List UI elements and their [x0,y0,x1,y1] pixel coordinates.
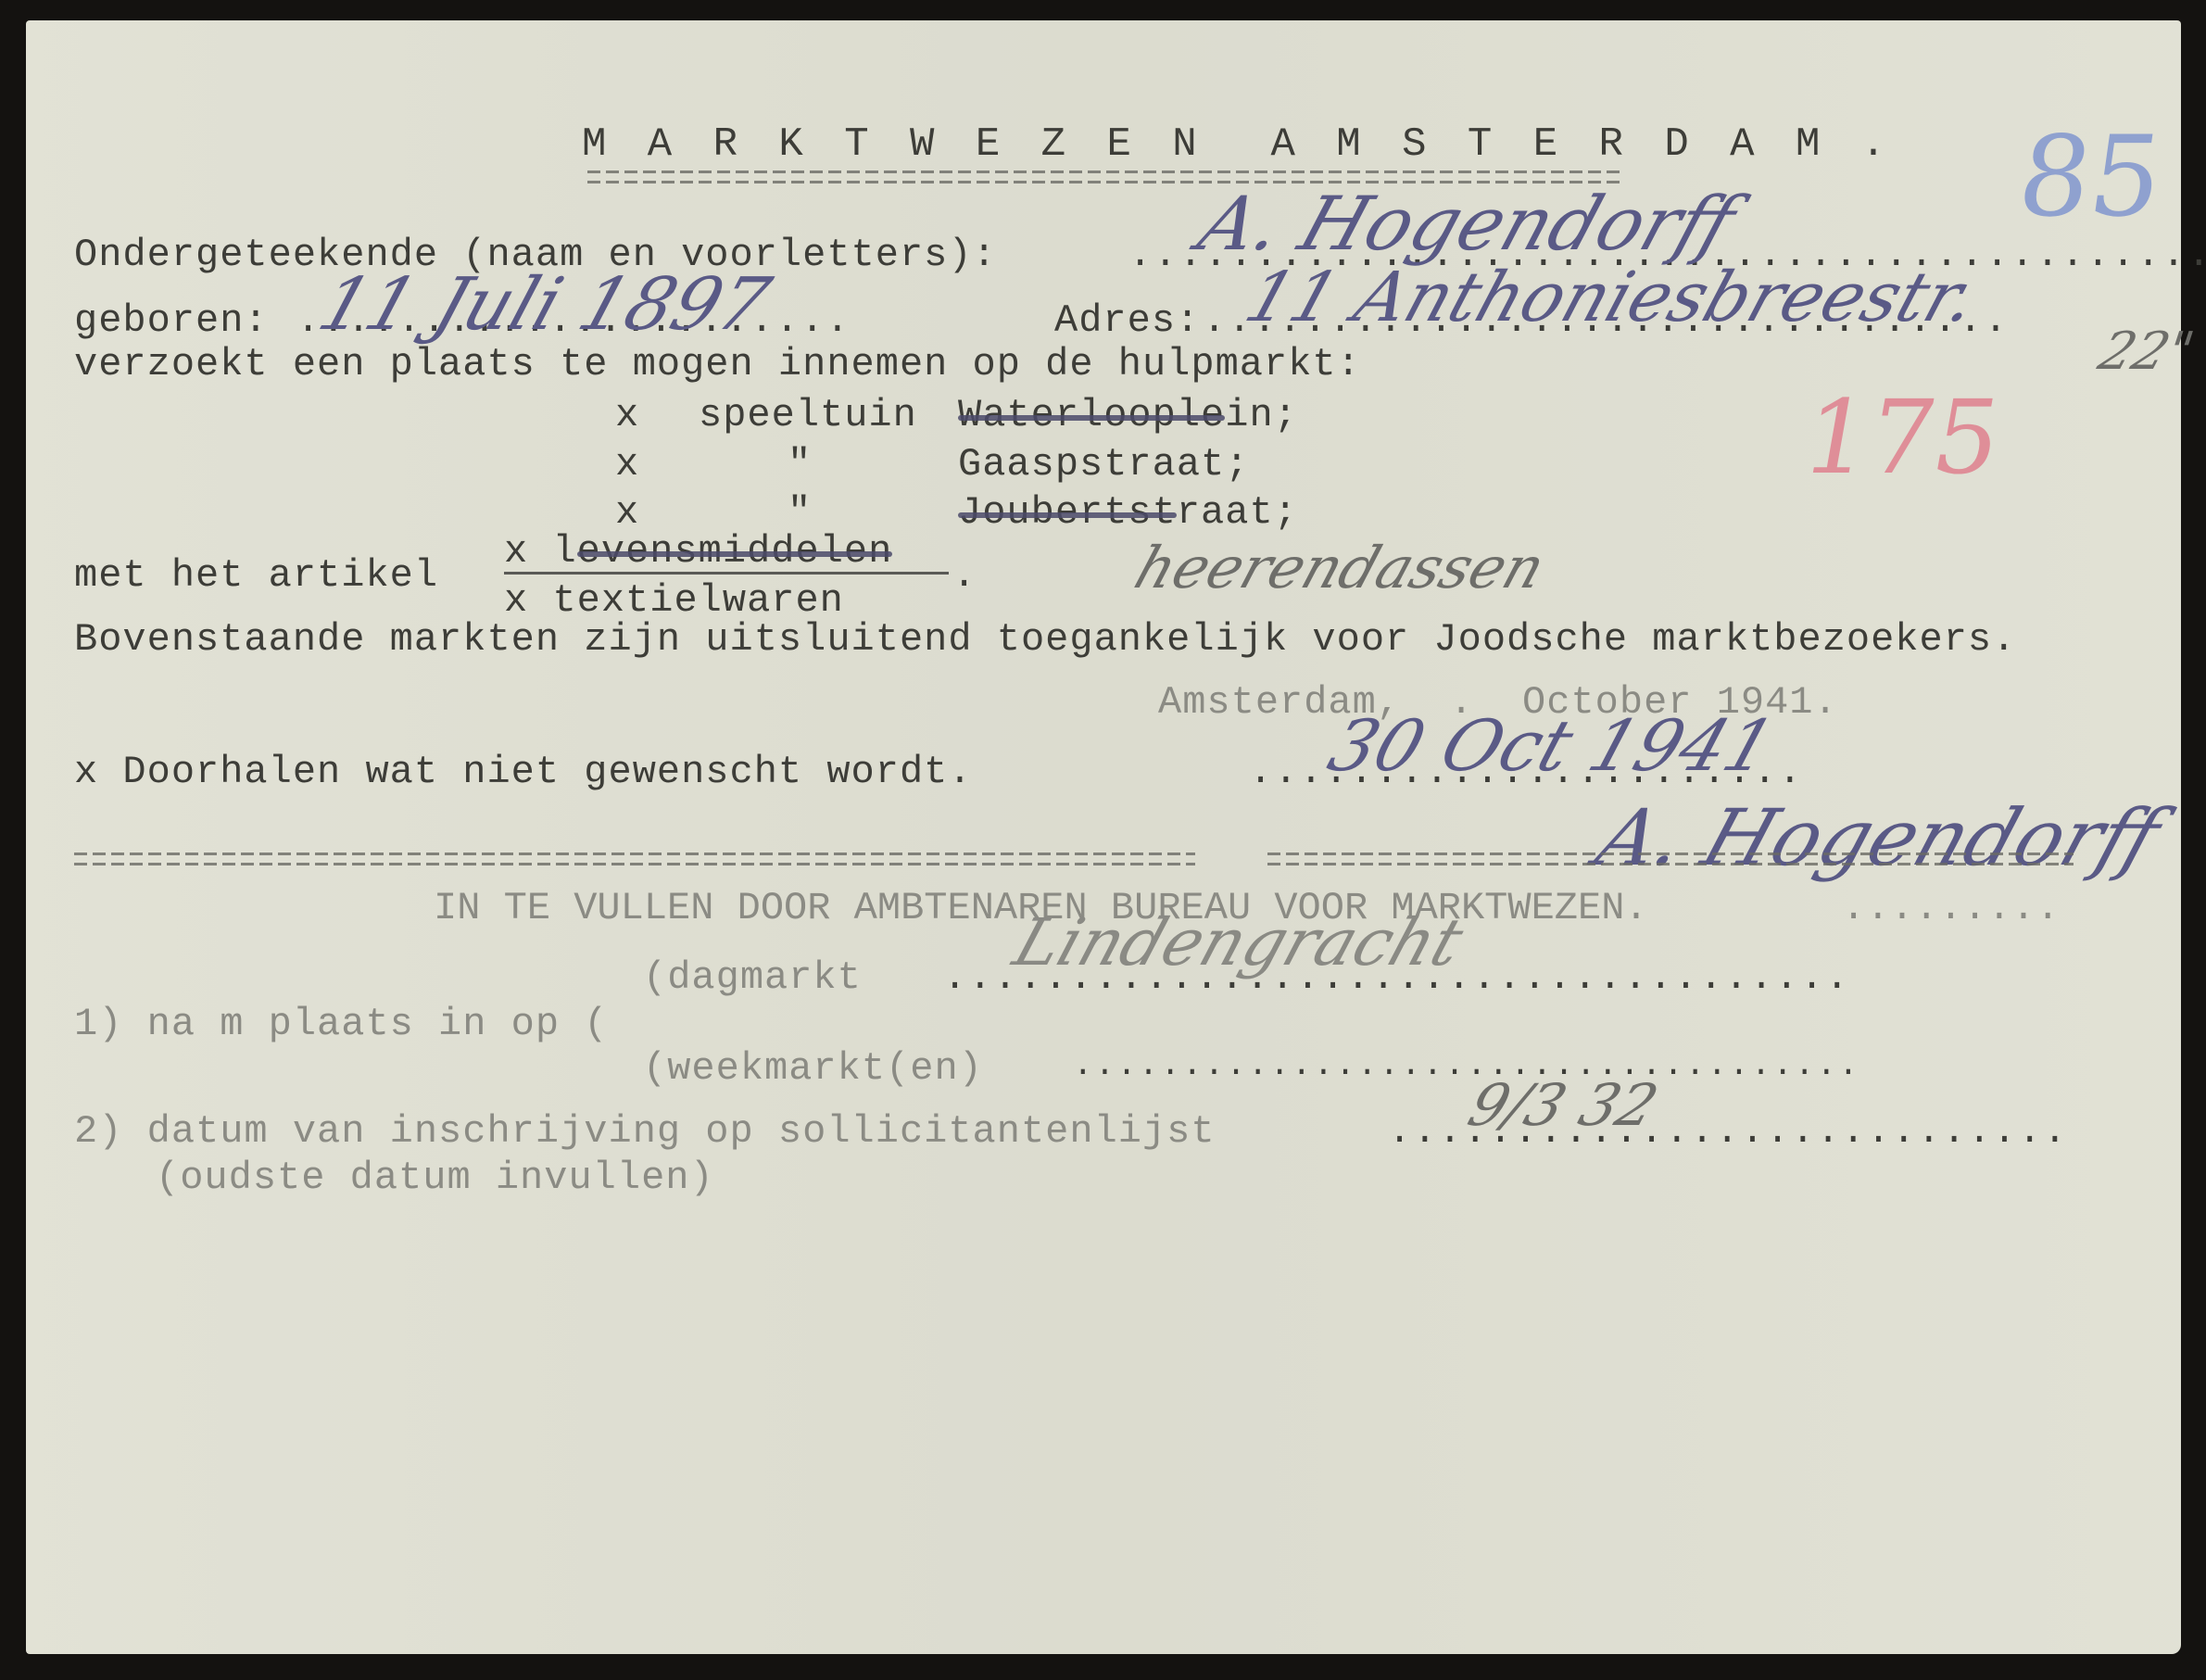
item2-note: (oudste datum invullen) [156,1158,714,1197]
struck-text: Joubertst [958,493,1177,532]
article-fraction-bar [504,572,949,575]
option-name-rest: in; [1225,393,1298,437]
struck-text: Waterloople [958,396,1225,435]
item2-label: 2) datum van inschrijving op sollicitant… [74,1112,1216,1151]
address-handwritten[interactable]: 11 Anthoniesbreestr. [1238,263,1985,332]
born-label: geboren: [74,301,269,340]
option-name: Joubertstraat; [958,493,1298,532]
address-label: Adres: [1054,301,1200,340]
article-period: . [952,556,977,595]
item2-handwritten: 9/3 32 [1462,1077,1665,1134]
item1-week-dots[interactable]: .................................... [1073,1049,1860,1082]
address-suffix-handwritten: 22" [2093,326,2200,378]
option-name-rest: raat; [1177,490,1298,535]
document-title: M A R K T W E Z E N A M S T E R D A M . [582,124,1894,165]
section-divider-left [74,853,1195,865]
article-label: met het artikel [74,556,438,595]
option-marker: x [504,578,528,623]
official-header-dots: ......... [1842,889,2061,928]
option-type: " [788,445,812,484]
born-date-handwritten[interactable]: 11 Juli 1897 [310,269,777,341]
applicant-name-handwritten[interactable]: A. Hogendorff [1191,187,1744,261]
article-text: l [552,529,576,574]
option-marker: x [615,445,639,484]
option-marker: x [504,529,528,574]
article-text: textielwaren [552,578,843,623]
strike-instruction: x Doorhalen wat niet gewenscht wordt. [74,752,973,791]
option-marker: x [615,396,639,435]
item1-day-dots[interactable]: .................................... [943,958,1850,997]
option-type: " [788,493,812,532]
notice-text: Bovenstaande markten zijn uitsluitend to… [74,620,2016,659]
red-number-annotation: 175 [1796,386,2008,488]
article-option-textile: x textielwaren [504,581,844,620]
option-name-rest: Gaaspstraat; [958,442,1249,486]
option-marker: x [615,493,639,532]
top-right-number-annotation: 85 [2012,122,2170,234]
item1-label: 1) na m plaats in op ( [74,1004,609,1043]
document-paper: M A R K T W E Z E N A M S T E R D A M . … [26,20,2181,1654]
section-divider-right [1267,853,2074,865]
option-name: Gaaspstraat; [958,445,1249,484]
struck-text: evensmiddelen [577,532,893,571]
option-name: Waterlooplein; [958,396,1298,435]
article-handwritten[interactable]: heerendassen [1128,539,1552,597]
date-handwritten[interactable]: 30 Oct 1941 [1321,711,1784,781]
item1-week-label: (weekmarkt(en) [643,1049,983,1088]
request-line: verzoekt een plaats te mogen innemen op … [74,345,1361,384]
option-type: speeltuin [699,396,917,435]
item1-day-label: (dagmarkt [643,958,862,997]
article-option-food: x levensmiddelen [504,532,892,571]
